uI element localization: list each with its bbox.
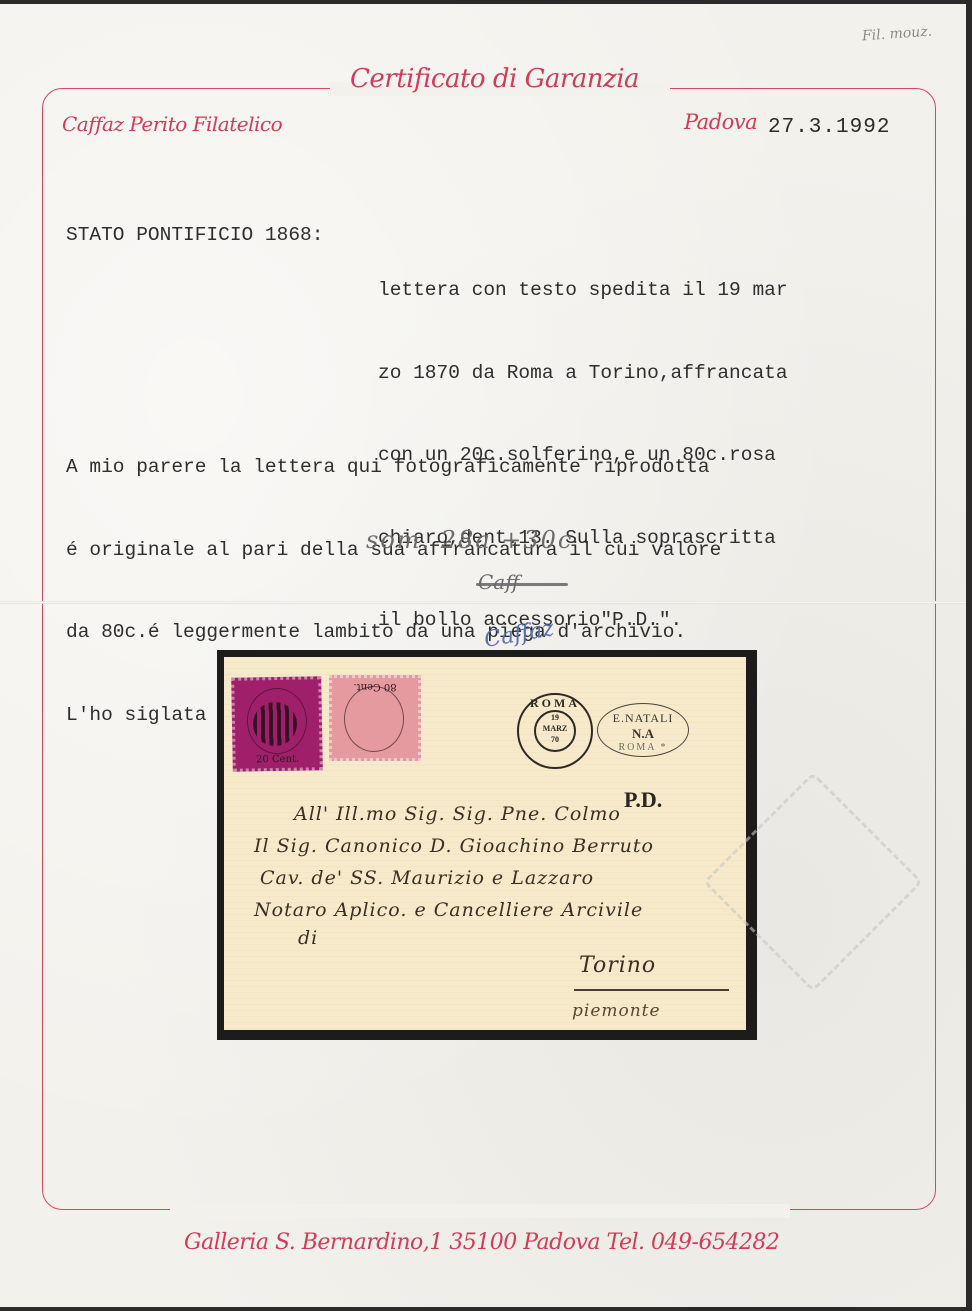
oval-cachet: E.NATALI N.A ROMA * bbox=[597, 703, 689, 757]
certificate-date: 27.3.1992 bbox=[768, 116, 890, 139]
certificate-sheet: Fil. mouz. Certificato di Garanzia Caffa… bbox=[0, 4, 966, 1307]
postmark-month: MARZ bbox=[536, 723, 574, 734]
stamp-value: 80 Cent. bbox=[332, 681, 418, 692]
address-line: All' Ill.mo Sig. Sig. Pne. Colmo bbox=[294, 803, 621, 825]
description-line: lettera con testo spedita il 19 mar bbox=[378, 277, 788, 305]
issuer-name: Caffaz Perito Filatelico bbox=[62, 112, 282, 136]
letter-cover: 20 Cent. 80 Cent. ROMA 19 MARZ 70 E.NATA… bbox=[224, 657, 746, 1030]
stamp-emblem bbox=[344, 686, 404, 752]
pd-mark: P.D. bbox=[624, 787, 662, 813]
letter-photo: 20 Cent. 80 Cent. ROMA 19 MARZ 70 E.NATA… bbox=[217, 650, 757, 1040]
description-label: STATO PONTIFICIO 1868: bbox=[66, 222, 323, 250]
stamp-80c: 80 Cent. bbox=[329, 675, 421, 761]
pencil-signature: Caff bbox=[478, 570, 519, 594]
certificate-title: Certificato di Garanzia bbox=[350, 64, 639, 94]
place-label: Padova bbox=[684, 110, 757, 134]
postmark-year: 70 bbox=[536, 734, 574, 745]
address-line: Notaro Aplico. e Cancelliere Arcivile bbox=[254, 899, 643, 921]
postmark-day: 19 bbox=[536, 712, 574, 723]
footer-address: Galleria S. Bernardino,1 35100 Padova Te… bbox=[184, 1230, 779, 1255]
roma-postmark: ROMA 19 MARZ 70 bbox=[517, 693, 593, 769]
footer-gap bbox=[170, 1204, 790, 1218]
address-city: Torino bbox=[579, 953, 656, 978]
opinion-line: da 80c.é leggermente lambito da una pieg… bbox=[66, 619, 721, 647]
cachet-middle: N.A bbox=[598, 726, 688, 742]
description-line: zo 1870 da Roma a Torino,affrancata bbox=[378, 360, 788, 388]
postmark-date: 19 MARZ 70 bbox=[534, 710, 576, 752]
opinion-line: A mio parere la lettera qui fotograficam… bbox=[66, 454, 721, 482]
postmark-city: ROMA bbox=[519, 696, 591, 711]
stamp-20c: 20 Cent. bbox=[231, 676, 323, 772]
address-line: Cav. de' SS. Maurizio e Lazzaro bbox=[260, 867, 594, 889]
address-underline bbox=[574, 989, 729, 991]
corner-pencil-note: Fil. mouz. bbox=[862, 24, 933, 45]
address-region: piemonte bbox=[572, 1001, 661, 1021]
stamp-value: 20 Cent. bbox=[236, 753, 320, 765]
pencil-price-note: som. 28a +30c bbox=[366, 526, 573, 554]
cachet-bottom: ROMA * bbox=[598, 742, 688, 753]
address-line: Il Sig. Canonico D. Gioachino Berruto bbox=[254, 835, 654, 857]
address-line: di bbox=[298, 927, 318, 949]
cachet-top: E.NATALI bbox=[598, 711, 688, 726]
